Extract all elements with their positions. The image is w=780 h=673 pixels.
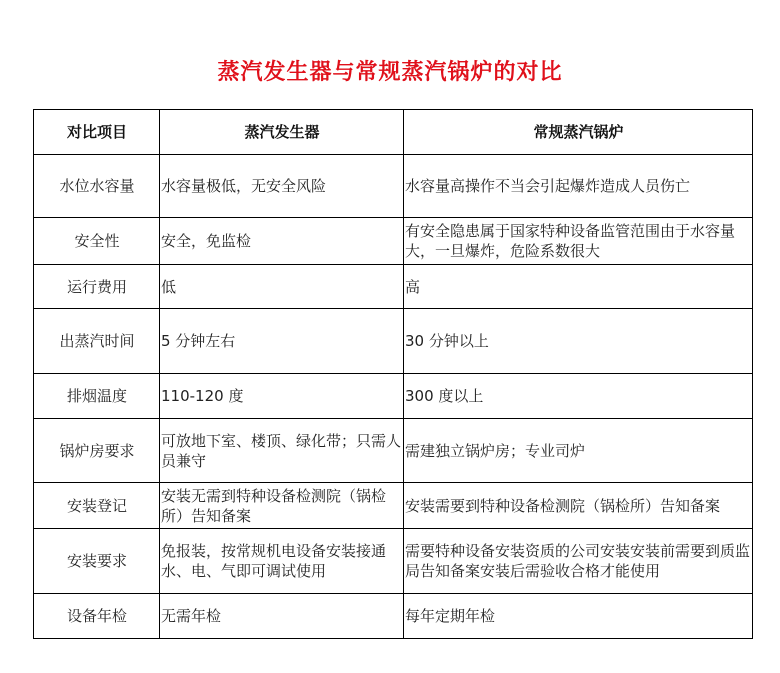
row-item: 安装要求 — [34, 529, 160, 594]
table-row: 安装登记 安装无需到特种设备检测院（锅检所）告知备案 安装需要到特种设备检测院（… — [34, 483, 753, 529]
table-row: 水位水容量 水容量极低，无安全风险 水容量高操作不当会引起爆炸造成人员伤亡 — [34, 155, 753, 218]
row-item: 排烟温度 — [34, 374, 160, 419]
row-generator: 110-120 度 — [160, 374, 404, 419]
row-generator: 水容量极低，无安全风险 — [160, 155, 404, 218]
page-title: 蒸汽发生器与常规蒸汽锅炉的对比 — [0, 55, 780, 86]
table-row: 安装要求 免报装，按常规机电设备安装接通水、电、气即可调试使用 需要特种设备安装… — [34, 529, 753, 594]
row-item: 安装登记 — [34, 483, 160, 529]
row-boiler: 30 分钟以上 — [404, 309, 753, 374]
row-generator: 5 分钟左右 — [160, 309, 404, 374]
row-generator: 免报装，按常规机电设备安装接通水、电、气即可调试使用 — [160, 529, 404, 594]
row-boiler: 安装需要到特种设备检测院（锅检所）告知备案 — [404, 483, 753, 529]
comparison-table: 对比项目 蒸汽发生器 常规蒸汽锅炉 水位水容量 水容量极低，无安全风险 水容量高… — [33, 109, 753, 639]
row-item: 设备年检 — [34, 594, 160, 639]
row-boiler: 300 度以上 — [404, 374, 753, 419]
row-item: 运行费用 — [34, 265, 160, 309]
row-boiler: 高 — [404, 265, 753, 309]
row-item: 锅炉房要求 — [34, 419, 160, 483]
table-row: 安全性 安全，免监检 有安全隐患属于国家特种设备监管范围由于水容量大，一旦爆炸，… — [34, 218, 753, 265]
table-header-row: 对比项目 蒸汽发生器 常规蒸汽锅炉 — [34, 110, 753, 155]
row-item: 安全性 — [34, 218, 160, 265]
row-generator: 无需年检 — [160, 594, 404, 639]
table-row: 出蒸汽时间 5 分钟左右 30 分钟以上 — [34, 309, 753, 374]
row-generator: 安装无需到特种设备检测院（锅检所）告知备案 — [160, 483, 404, 529]
row-boiler: 水容量高操作不当会引起爆炸造成人员伤亡 — [404, 155, 753, 218]
row-generator: 安全，免监检 — [160, 218, 404, 265]
row-boiler: 有安全隐患属于国家特种设备监管范围由于水容量大，一旦爆炸，危险系数很大 — [404, 218, 753, 265]
table-row: 排烟温度 110-120 度 300 度以上 — [34, 374, 753, 419]
row-generator: 可放地下室、楼顶、绿化带；只需人员兼守 — [160, 419, 404, 483]
row-item: 水位水容量 — [34, 155, 160, 218]
table-row: 锅炉房要求 可放地下室、楼顶、绿化带；只需人员兼守 需建独立锅炉房；专业司炉 — [34, 419, 753, 483]
row-generator: 低 — [160, 265, 404, 309]
table-row: 设备年检 无需年检 每年定期年检 — [34, 594, 753, 639]
header-boiler: 常规蒸汽锅炉 — [404, 110, 753, 155]
table-row: 运行费用 低 高 — [34, 265, 753, 309]
row-boiler: 需建独立锅炉房；专业司炉 — [404, 419, 753, 483]
row-item: 出蒸汽时间 — [34, 309, 160, 374]
header-generator: 蒸汽发生器 — [160, 110, 404, 155]
row-boiler: 每年定期年检 — [404, 594, 753, 639]
row-boiler: 需要特种设备安装资质的公司安装安装前需要到质监局告知备案安装后需验收合格才能使用 — [404, 529, 753, 594]
header-item: 对比项目 — [34, 110, 160, 155]
